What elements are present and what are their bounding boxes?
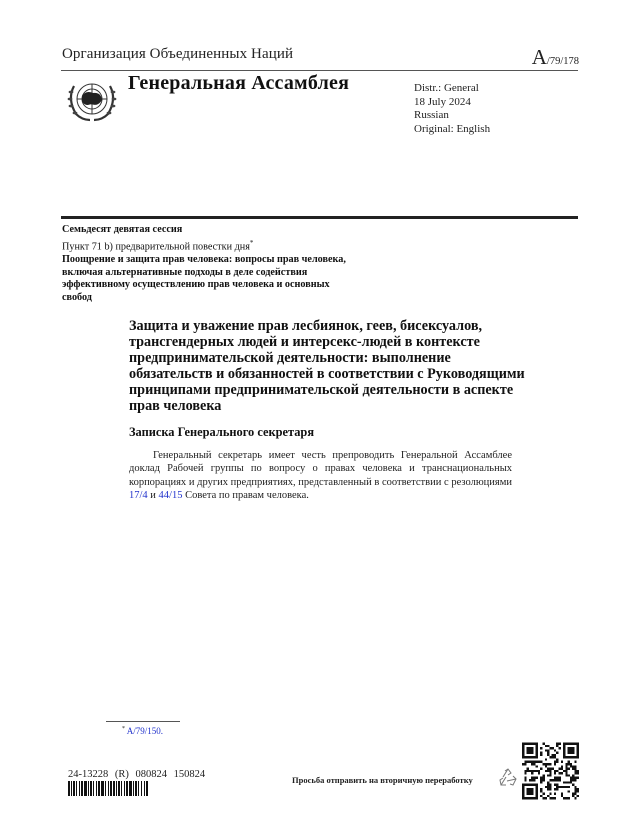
footnote-rule [106,721,180,722]
symbol-letter: A [532,45,547,69]
recycle-text: Просьба отправить на вторичную переработ… [292,775,473,785]
body-text-end: Совета по правам человека. [182,490,308,501]
distribution-language: Russian [414,109,490,123]
document-symbol: A/79/178 [532,45,579,70]
session-block: Семьдесят девятая сессия Пункт 71 b) пре… [62,224,362,305]
body-text-mid: и [148,490,159,501]
agenda-footnote-marker: * [250,239,254,247]
distribution-block: Distr.: General 18 July 2024 Russian Ori… [414,82,490,136]
footnote: * A/79/150. [122,726,163,736]
body-text-start: Генеральный секретарь имеет честь препро… [129,450,512,488]
body-name: Генеральная Ассамблея [128,72,349,95]
date-issued: 080824 [136,769,168,780]
un-emblem-icon [64,74,120,124]
date-printed: 150824 [174,769,206,780]
document-title: Защита и уважение прав лесбиянок, геев, … [129,318,529,415]
footnote-marker: * [122,726,125,732]
session-title: Семьдесят девятая сессия [62,224,362,237]
resolution-link-44-15[interactable]: 44/15 [159,490,183,501]
symbol-number: /79/178 [547,56,579,67]
session-rule [61,216,578,219]
organization-name: Организация Объединенных Наций [62,46,293,63]
agenda-topic: Поощрение и защита прав человека: вопрос… [62,254,362,305]
qr-code-icon [522,742,579,800]
agenda-item: Пункт 71 b) предварительной повестки дня… [62,237,362,254]
body-paragraph: Генеральный секретарь имеет честь препро… [129,449,512,503]
recycle-icon [497,767,519,789]
header-rule [61,70,578,71]
resolution-link-17-4[interactable]: 17/4 [129,490,148,501]
agenda-item-text: Пункт 71 b) предварительной повестки дня [62,241,250,252]
distribution-type: Distr.: General [414,82,490,96]
distribution-date: 18 July 2024 [414,96,490,110]
footnote-link[interactable]: A/79/150. [127,726,163,736]
original-language: Original: English [414,123,490,137]
barcode-icon [68,781,176,796]
document-subtitle: Записка Генерального секретаря [129,425,314,440]
job-number-line: 24-13228 (R) 080824 150824 [68,769,205,780]
job-number: 24-13228 (R) [68,769,129,780]
